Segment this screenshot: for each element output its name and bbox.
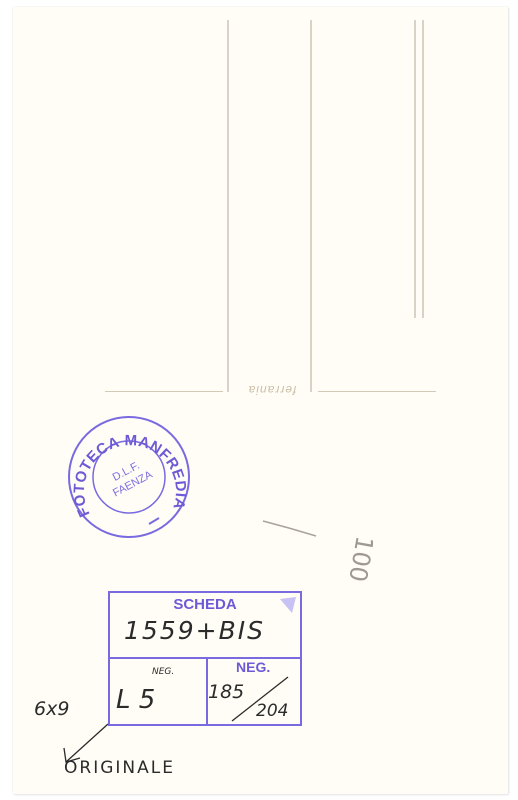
originale-note: ORIGINALE (64, 758, 175, 778)
scheda-stamp-box: SCHEDA 1559+BIS NEG. L 5 NEG. 185 204 (108, 591, 302, 726)
format-note: 6x9 (34, 698, 69, 720)
divider-line-right (318, 391, 436, 392)
ink-smudge (278, 595, 300, 617)
printed-vertical-line-2 (310, 20, 312, 392)
divider-line-left (105, 391, 223, 392)
neg-left-label: NEG. (152, 667, 174, 677)
scheda-row: SCHEDA 1559+BIS (110, 593, 300, 659)
printed-vertical-line-1 (227, 20, 229, 392)
scheda-label: SCHEDA (110, 596, 300, 613)
brand-imprint: ferrania (237, 383, 307, 397)
stamp-box-line-2 (422, 20, 424, 318)
stamp-box-line-1 (414, 20, 416, 318)
pencil-stroke (260, 518, 320, 542)
neg-right-denominator: 204 (256, 701, 288, 721)
fototeca-round-stamp: FOTOTECA MANFREDIANA D.L.F. FAENZA (66, 414, 192, 540)
neg-right-label: NEG. (236, 659, 270, 675)
scheda-number: 1559+BIS (124, 616, 265, 645)
neg-left-value: L 5 (116, 685, 155, 715)
